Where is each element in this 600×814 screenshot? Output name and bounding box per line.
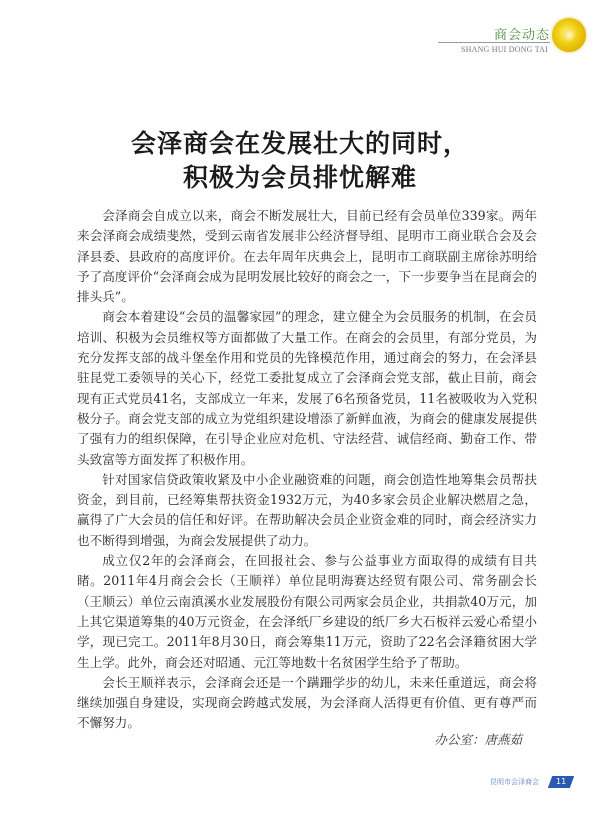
page-number-badge: 11 — [548, 776, 574, 788]
article-title: 会泽商会在发展壮大的同时， 积极为会员排忧解难 — [0, 127, 600, 195]
section-header: 商会动态 SHANG HUI DONG TAI — [420, 0, 600, 70]
section-title-en: SHANG HUI DONG TAI — [461, 45, 548, 54]
author-signature: 办公室：唐燕茹 — [434, 730, 522, 748]
paragraph-2: 商会本着建设“会员的温馨家园”的理念，建立健全为会员服务的机制，在会员培训、积极… — [77, 307, 537, 469]
section-title-cn: 商会动态 — [494, 24, 550, 43]
page-footer: 昆明市会泽商会 11 — [490, 776, 576, 788]
publication-name: 昆明市会泽商会 — [490, 776, 550, 788]
page-number: 11 — [556, 776, 566, 788]
header-divider — [438, 42, 550, 43]
title-line-1: 会泽商会在发展壮大的同时， — [0, 127, 600, 161]
paragraph-4: 成立仅2年的会泽商会，在回报社会、参与公益事业方面取得的成绩有目共睹。2011年… — [77, 551, 537, 673]
title-line-2: 积极为会员排忧解难 — [0, 161, 600, 195]
article-body: 会泽商会自成立以来，商会不断发展壮大，目前已经有会员单位339家。两年来会泽商会… — [77, 206, 537, 734]
paragraph-1: 会泽商会自成立以来，商会不断发展壮大，目前已经有会员单位339家。两年来会泽商会… — [77, 206, 537, 307]
golden-emblem-icon — [552, 18, 586, 52]
paragraph-3: 针对国家信贷政策收紧及中小企业融资难的问题，商会创造性地筹集会员帮扶资金，到目前… — [77, 470, 537, 551]
paragraph-5: 会长王顺祥表示，会泽商会还是一个蹒跚学步的幼儿，未来任重道远，商会将继续加强自身… — [77, 673, 537, 734]
